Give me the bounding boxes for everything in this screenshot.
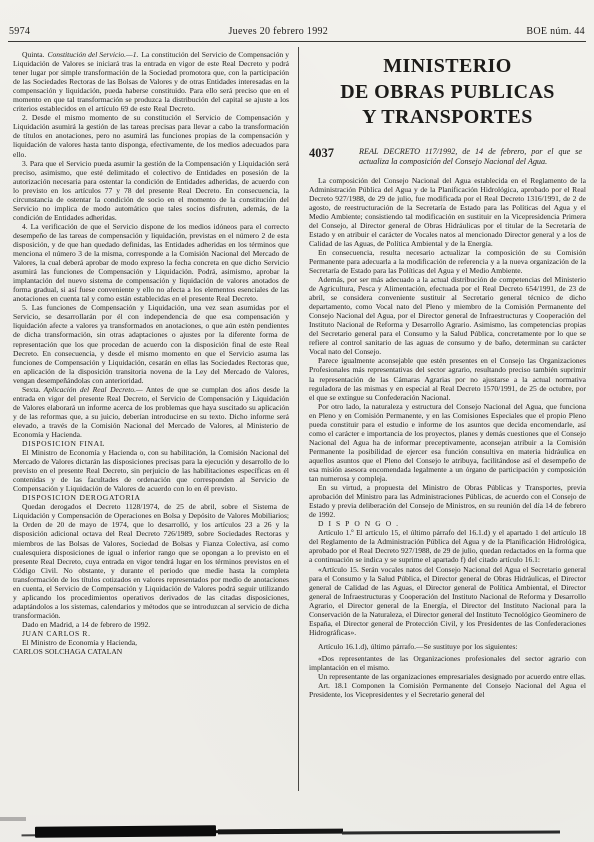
decree-number: 4037 (309, 147, 359, 167)
paragraph: Quinta.Constitución del Servicio.—1.La c… (13, 50, 289, 113)
paragraph: Un representante de las organizaciones e… (309, 672, 586, 681)
paragraph-text: Antes de que se cumplan dos años desde l… (13, 385, 289, 439)
paragraph: Sexta.Aplicación del Real Decreto.—Antes… (13, 385, 289, 439)
paragraph: 2. Desde el mismo momento de su constitu… (13, 113, 289, 158)
paragraph: Artículo 16.1.d), último párrafo.—Se sus… (309, 642, 586, 651)
paragraph-text: Art. 18.1 Componen la Comisión Permanent… (309, 681, 586, 699)
column-divider (298, 47, 299, 791)
paragraph: El Ministro de Economía y Hacienda o, co… (13, 448, 289, 493)
paragraph: Artículo 1.º El artículo 15, el último p… (309, 528, 586, 564)
paragraph: 5. Las funciones de Compensación y Liqui… (13, 303, 289, 384)
ministry-heading: MINISTERIO DE OBRAS PUBLICAS Y TRANSPORT… (309, 54, 586, 131)
minister-signature: El Ministro de Economía y Hacienda, CARL… (13, 638, 289, 656)
paragraph-text: 4. La verificación de que el Servicio di… (13, 222, 289, 303)
paragraph-text: 3. Para que el Servicio pueda asumir la … (13, 159, 289, 222)
dispongo-heading: DISPONGO. (309, 519, 586, 528)
clause-label: Quinta. (22, 50, 44, 59)
paragraph: «Dos representantes de las Organizacione… (309, 654, 586, 672)
dateline: Dado en Madrid, a 14 de febrero de 1992. (13, 620, 289, 629)
clause-title: Constitución del Servicio.—1. (47, 50, 138, 59)
scan-artifact (0, 817, 26, 821)
paragraph-text: Artículo 16.1.d), último párrafo.—Se sus… (318, 642, 517, 651)
paragraph-text: Un representante de las organizaciones e… (318, 672, 586, 681)
paragraph: 4. La verificación de que el Servicio di… (13, 222, 289, 303)
page-header: 5974 Jueves 20 febrero 1992 BOE núm. 44 (9, 26, 585, 37)
header-date: Jueves 20 febrero 1992 (228, 26, 328, 37)
paragraph: En su virtud, a propuesta del Ministro d… (309, 483, 586, 519)
paragraph-text: La composición del Consejo Nacional del … (309, 176, 586, 248)
paragraph-text: 2. Desde el mismo momento de su constitu… (13, 113, 289, 158)
decree-item: 4037 REAL DECRETO 117/1992, de 14 de feb… (309, 147, 586, 167)
paragraph: «Artículo 15. Serán vocales natos del Co… (309, 565, 586, 637)
ministry-line: DE OBRAS PUBLICAS (340, 81, 555, 103)
paragraph-text: En su virtud, a propuesta del Ministro d… (309, 483, 586, 519)
paragraph-text: La constitución del Servicio de Compensa… (13, 50, 289, 113)
paragraph-text: 5. Las funciones de Compensación y Liqui… (13, 303, 289, 384)
paragraph: Por otro lado, la naturaleza y estructur… (309, 402, 586, 483)
paragraph-text: Además, por ser más adecuado a la actual… (309, 275, 586, 356)
derogatory-disposition-heading: DISPOSICION DEROGATORIA (13, 493, 289, 502)
scan-artifact (342, 831, 560, 834)
paragraph-text: Artículo 1.º El artículo 15, el último p… (309, 528, 586, 564)
paragraph: La composición del Consejo Nacional del … (309, 176, 586, 248)
issue-number: BOE núm. 44 (526, 26, 585, 37)
header-rule (8, 41, 586, 42)
paragraph-text: «Dos representantes de las Organizacione… (309, 654, 586, 672)
clause-label: Sexta. (22, 385, 41, 394)
paragraph-text: Por otro lado, la naturaleza y estructur… (309, 402, 586, 483)
royal-signature: JUAN CARLOS R. (13, 629, 289, 638)
ministry-line: MINISTERIO (383, 55, 511, 77)
page-number: 5974 (9, 26, 30, 37)
paragraph: Además, por ser más adecuado a la actual… (309, 275, 586, 356)
paragraph: 3. Para que el Servicio pueda asumir la … (13, 159, 289, 222)
paragraph-text: Quedan derogados el Decreto 1128/1974, d… (13, 502, 289, 620)
paragraph: Art. 18.1 Componen la Comisión Permanent… (309, 681, 586, 699)
final-disposition-heading: DISPOSICION FINAL (13, 439, 289, 448)
paragraph: Quedan derogados el Decreto 1128/1974, d… (13, 502, 289, 620)
right-column: MINISTERIO DE OBRAS PUBLICAS Y TRANSPORT… (309, 48, 586, 699)
scan-artifact (35, 825, 216, 838)
minister-title: El Ministro de Economía y Hacienda, (22, 638, 137, 647)
paragraph-text: «Artículo 15. Serán vocales natos del Co… (309, 565, 586, 637)
paragraph-text: El Ministro de Economía y Hacienda o, co… (13, 448, 289, 493)
paragraph: En consecuencia, resulta necesario actua… (309, 248, 586, 275)
paragraph-text: En consecuencia, resulta necesario actua… (309, 248, 586, 275)
ministry-line: Y TRANSPORTES (362, 106, 533, 128)
paragraph: Parece igualmente aconsejable que estén … (309, 356, 586, 401)
left-column: Quinta.Constitución del Servicio.—1.La c… (13, 50, 289, 656)
minister-name: CARLOS SOLCHAGA CATALAN (13, 647, 122, 656)
clause-title: Aplicación del Real Decreto.— (44, 385, 143, 394)
scan-artifact (218, 829, 343, 835)
paragraph-text: Parece igualmente aconsejable que estén … (309, 356, 586, 401)
decree-title: REAL DECRETO 117/1992, de 14 de febrero,… (359, 147, 586, 167)
